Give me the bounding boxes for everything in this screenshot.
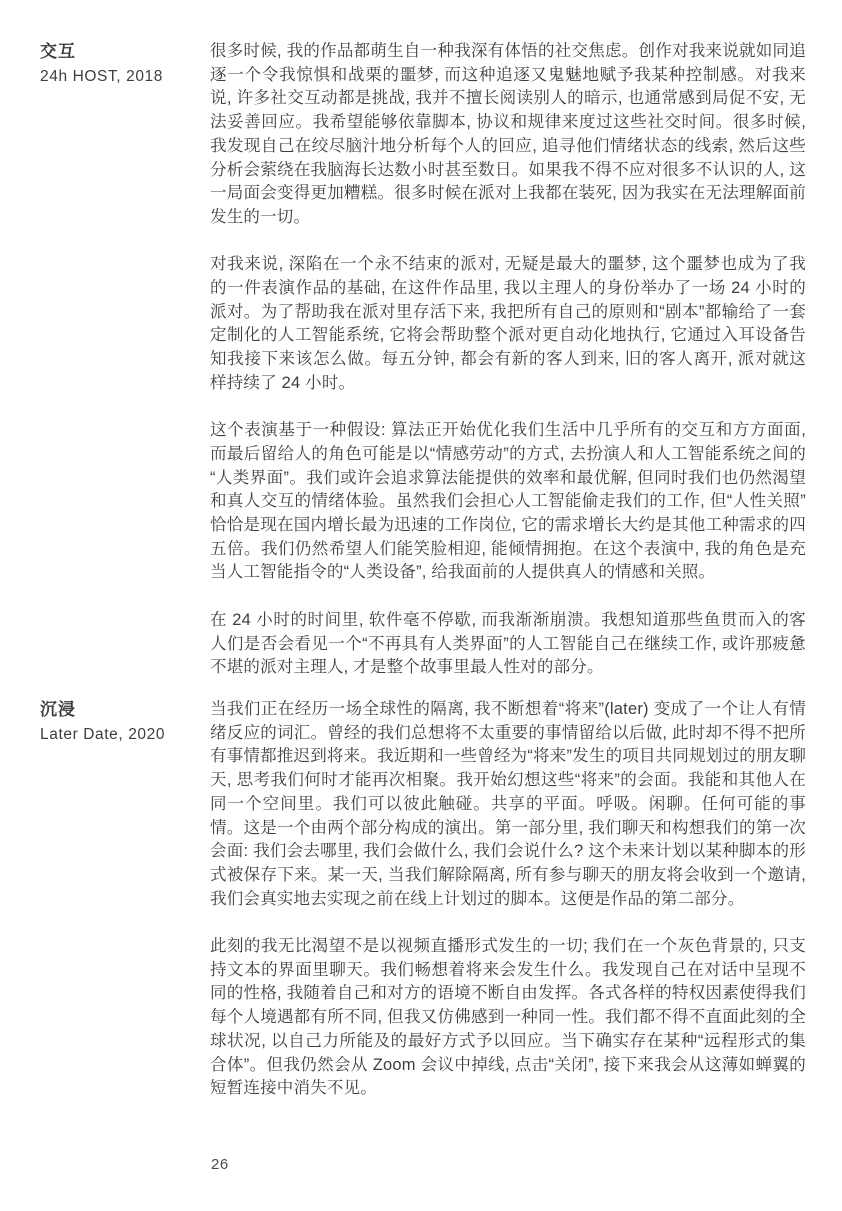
paragraph: 很多时候, 我的作品都萌生自一种我深有体悟的社交焦虑。创作对我来说就如同追逐一个… — [210, 40, 806, 230]
section-label: 沉浸 Later Date, 2020 — [40, 698, 210, 748]
document-page: 交互 24h HOST, 2018 很多时候, 我的作品都萌生自一种我深有体悟的… — [0, 0, 842, 1211]
paragraph: 此刻的我无比渴望不是以视频直播形式发生的一切; 我们在一个灰色背景的, 只支持文… — [210, 935, 806, 1101]
section-title: 沉浸 — [40, 698, 210, 722]
section-body: 很多时候, 我的作品都萌生自一种我深有体悟的社交焦虑。创作对我来说就如同追逐一个… — [210, 40, 806, 680]
section-label: 交互 24h HOST, 2018 — [40, 40, 210, 90]
section-title: 交互 — [40, 40, 210, 64]
section-subtitle: 24h HOST, 2018 — [40, 64, 210, 90]
paragraph: 这个表演基于一种假设: 算法正开始优化我们生活中几乎所有的交互和方方面面, 而最… — [210, 419, 806, 585]
section-body: 当我们正在经历一场全球性的隔离, 我不断想着“将来”(later) 变成了一个让… — [210, 698, 806, 1101]
section-interaction: 交互 24h HOST, 2018 很多时候, 我的作品都萌生自一种我深有体悟的… — [40, 40, 806, 680]
section-subtitle: Later Date, 2020 — [40, 722, 210, 748]
paragraph: 对我来说, 深陷在一个永不结束的派对, 无疑是最大的噩梦, 这个噩梦也成为了我的… — [210, 253, 806, 395]
section-immersion: 沉浸 Later Date, 2020 当我们正在经历一场全球性的隔离, 我不断… — [40, 698, 806, 1101]
paragraph: 当我们正在经历一场全球性的隔离, 我不断想着“将来”(later) 变成了一个让… — [210, 698, 806, 911]
page-number: 26 — [211, 1156, 229, 1173]
paragraph: 在 24 小时的时间里, 软件毫不停歇, 而我渐渐崩溃。我想知道那些鱼贯而入的客… — [210, 609, 806, 680]
